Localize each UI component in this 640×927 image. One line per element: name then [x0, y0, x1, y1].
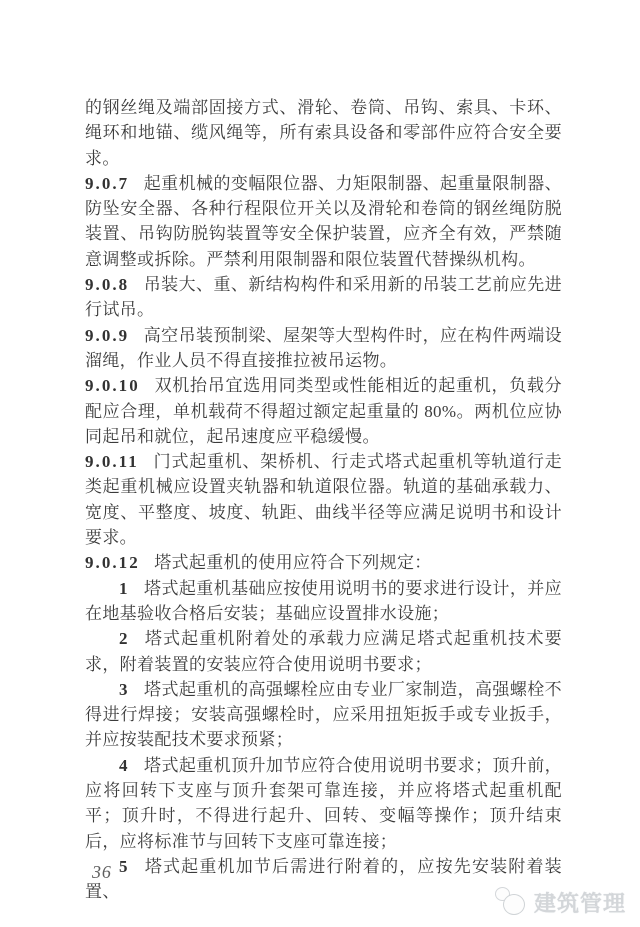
item-number: 2 — [119, 629, 144, 648]
paragraph-text: 塔式起重机顶升加节应符合使用说明书要求；顶升前，应将回转下支座与顶升套架可靠连接… — [85, 756, 562, 851]
paragraph-text: 塔式起重机加节后需进行附着的，应按先安装附着装置、 — [85, 857, 562, 901]
document-body-text: 的钢丝绳及端部固接方式、滑轮、卷筒、吊钩、索具、卡环、绳环和地锚、缆风绳等，所有… — [85, 95, 562, 905]
item-number: 4 — [119, 756, 144, 775]
page-number: 36 — [92, 862, 112, 883]
paragraph: 9.0.10双机抬吊宜选用同类型或性能相近的起重机，负载分配应合理，单机载荷不得… — [85, 373, 562, 449]
paragraph: 9.0.7起重机械的变幅限位器、力矩限制器、起重量限制器、防坠安全器、各种行程限… — [85, 171, 562, 272]
overlapping-bubbles-icon — [494, 885, 528, 919]
item-number: 3 — [119, 680, 144, 699]
item-number: 1 — [119, 579, 144, 598]
paragraph-text: 塔式起重机的使用应符合下列规定： — [154, 553, 431, 572]
paragraph: 的钢丝绳及端部固接方式、滑轮、卷筒、吊钩、索具、卡环、绳环和地锚、缆风绳等，所有… — [85, 95, 562, 171]
paragraph: 9.0.9高空吊装预制梁、屋架等大型构件时，应在构件两端设溜绳，作业人员不得直接… — [85, 323, 562, 374]
clause-number: 9.0.8 — [85, 275, 144, 294]
paragraph-text: 塔式起重机附着处的承载力应满足塔式起重机技术要求，附着装置的安装应符合使用说明书… — [85, 629, 562, 673]
watermark: 建筑管理 — [494, 885, 626, 919]
paragraph-text: 塔式起重机基础应按使用说明书的要求进行设计，并应在地基验收合格后安装；基础应设置… — [85, 579, 562, 623]
bubble-large-icon — [503, 894, 525, 915]
paragraph-text: 起重机械的变幅限位器、力矩限制器、起重量限制器、防坠安全器、各种行程限位开关以及… — [85, 174, 562, 269]
document-page: 的钢丝绳及端部固接方式、滑轮、卷筒、吊钩、索具、卡环、绳环和地锚、缆风绳等，所有… — [0, 0, 640, 927]
clause-number: 9.0.7 — [85, 174, 144, 193]
watermark-label: 建筑管理 — [534, 887, 626, 918]
list-item: 5塔式起重机加节后需进行附着的，应按先安装附着装置、 — [85, 854, 562, 905]
paragraph-text: 双机抬吊宜选用同类型或性能相近的起重机，负载分配应合理，单机载荷不得超过额定起重… — [85, 376, 562, 446]
clause-number: 9.0.10 — [85, 376, 154, 395]
list-item: 1塔式起重机基础应按使用说明书的要求进行设计，并应在地基验收合格后安装；基础应设… — [85, 576, 562, 627]
item-number: 5 — [119, 857, 144, 876]
paragraph: 9.0.11门式起重机、架桥机、行走式塔式起重机等轨道行走类起重机械应设置夹轨器… — [85, 449, 562, 550]
paragraph-text: 门式起重机、架桥机、行走式塔式起重机等轨道行走类起重机械应设置夹轨器和轨道限位器… — [85, 452, 562, 547]
list-item: 2塔式起重机附着处的承载力应满足塔式起重机技术要求，附着装置的安装应符合使用说明… — [85, 626, 562, 677]
clause-number: 9.0.12 — [85, 553, 154, 572]
list-item: 4塔式起重机顶升加节应符合使用说明书要求；顶升前，应将回转下支座与顶升套架可靠连… — [85, 753, 562, 854]
clause-number: 9.0.9 — [85, 326, 144, 345]
paragraph-text: 塔式起重机的高强螺栓应由专业厂家制造，高强螺栓不得进行焊接；安装高强螺栓时，应采… — [85, 680, 562, 750]
paragraph-text: 高空吊装预制梁、屋架等大型构件时，应在构件两端设溜绳，作业人员不得直接推拉被吊运… — [85, 326, 562, 370]
paragraph: 9.0.12塔式起重机的使用应符合下列规定： — [85, 550, 562, 575]
paragraph-text: 吊装大、重、新结构构件和采用新的吊装工艺前应先进行试吊。 — [85, 275, 562, 319]
paragraph-text: 的钢丝绳及端部固接方式、滑轮、卷筒、吊钩、索具、卡环、绳环和地锚、缆风绳等，所有… — [85, 98, 562, 168]
paragraph: 9.0.8吊装大、重、新结构构件和采用新的吊装工艺前应先进行试吊。 — [85, 272, 562, 323]
list-item: 3塔式起重机的高强螺栓应由专业厂家制造，高强螺栓不得进行焊接；安装高强螺栓时，应… — [85, 677, 562, 753]
clause-number: 9.0.11 — [85, 452, 153, 471]
